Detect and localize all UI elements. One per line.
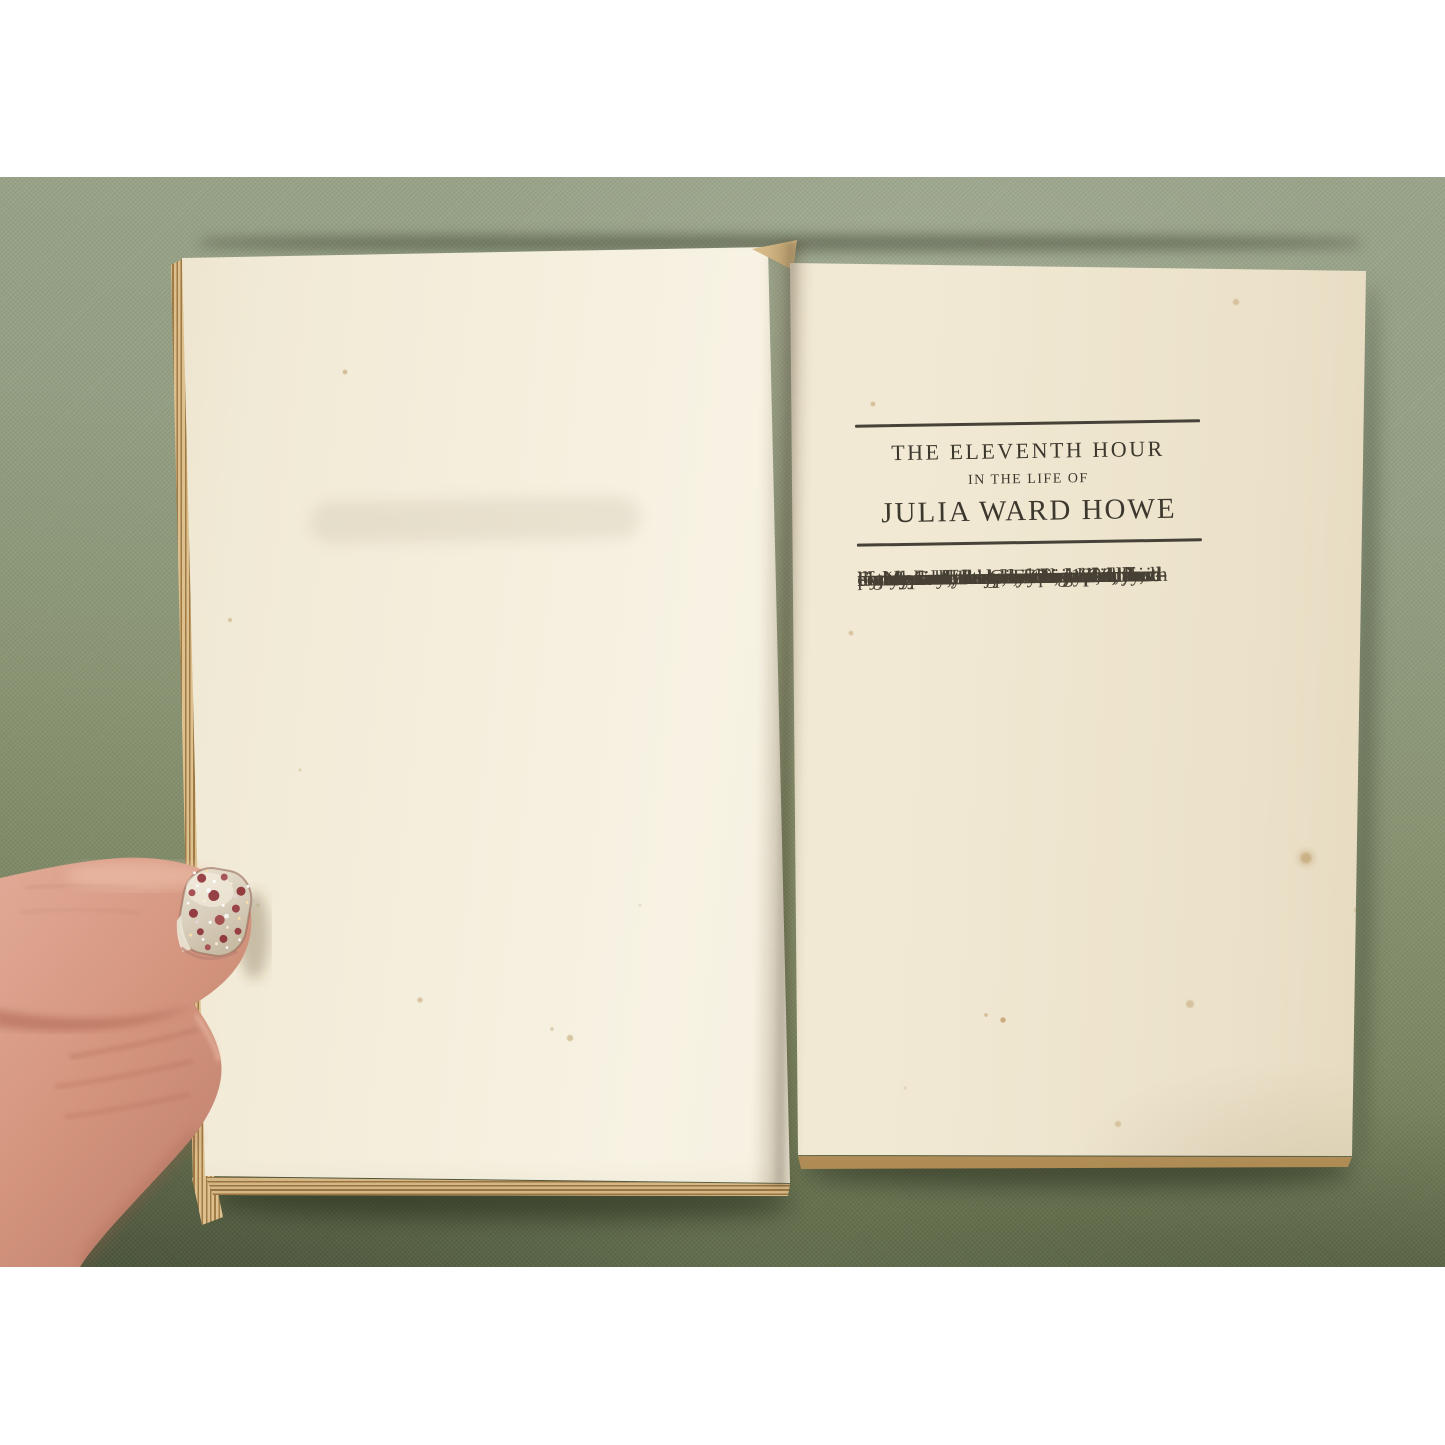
text-line: it may become more Christlike, for — [857, 562, 1145, 593]
right-page-print: THE ELEVENTH HOUR IN THE LIFE OF JULIA W… — [855, 419, 1203, 587]
title-line-1: THE ELEVENTH HOUR — [855, 435, 1200, 466]
book-photo: THE ELEVENTH HOUR IN THE LIFE OF JULIA W… — [0, 177, 1445, 1267]
body-text: My mother’s diary for 1906, hereighty-se… — [857, 561, 1202, 566]
left-page-ghost-bleedthrough — [310, 496, 641, 544]
heading-rule-bottom — [857, 538, 1202, 546]
letterbox-top — [0, 0, 1445, 177]
title-line-2: IN THE LIFE OF — [856, 468, 1201, 490]
letterbox-bottom — [0, 1267, 1445, 1445]
title-line-3: JULIA WARD HOWE — [856, 491, 1201, 530]
